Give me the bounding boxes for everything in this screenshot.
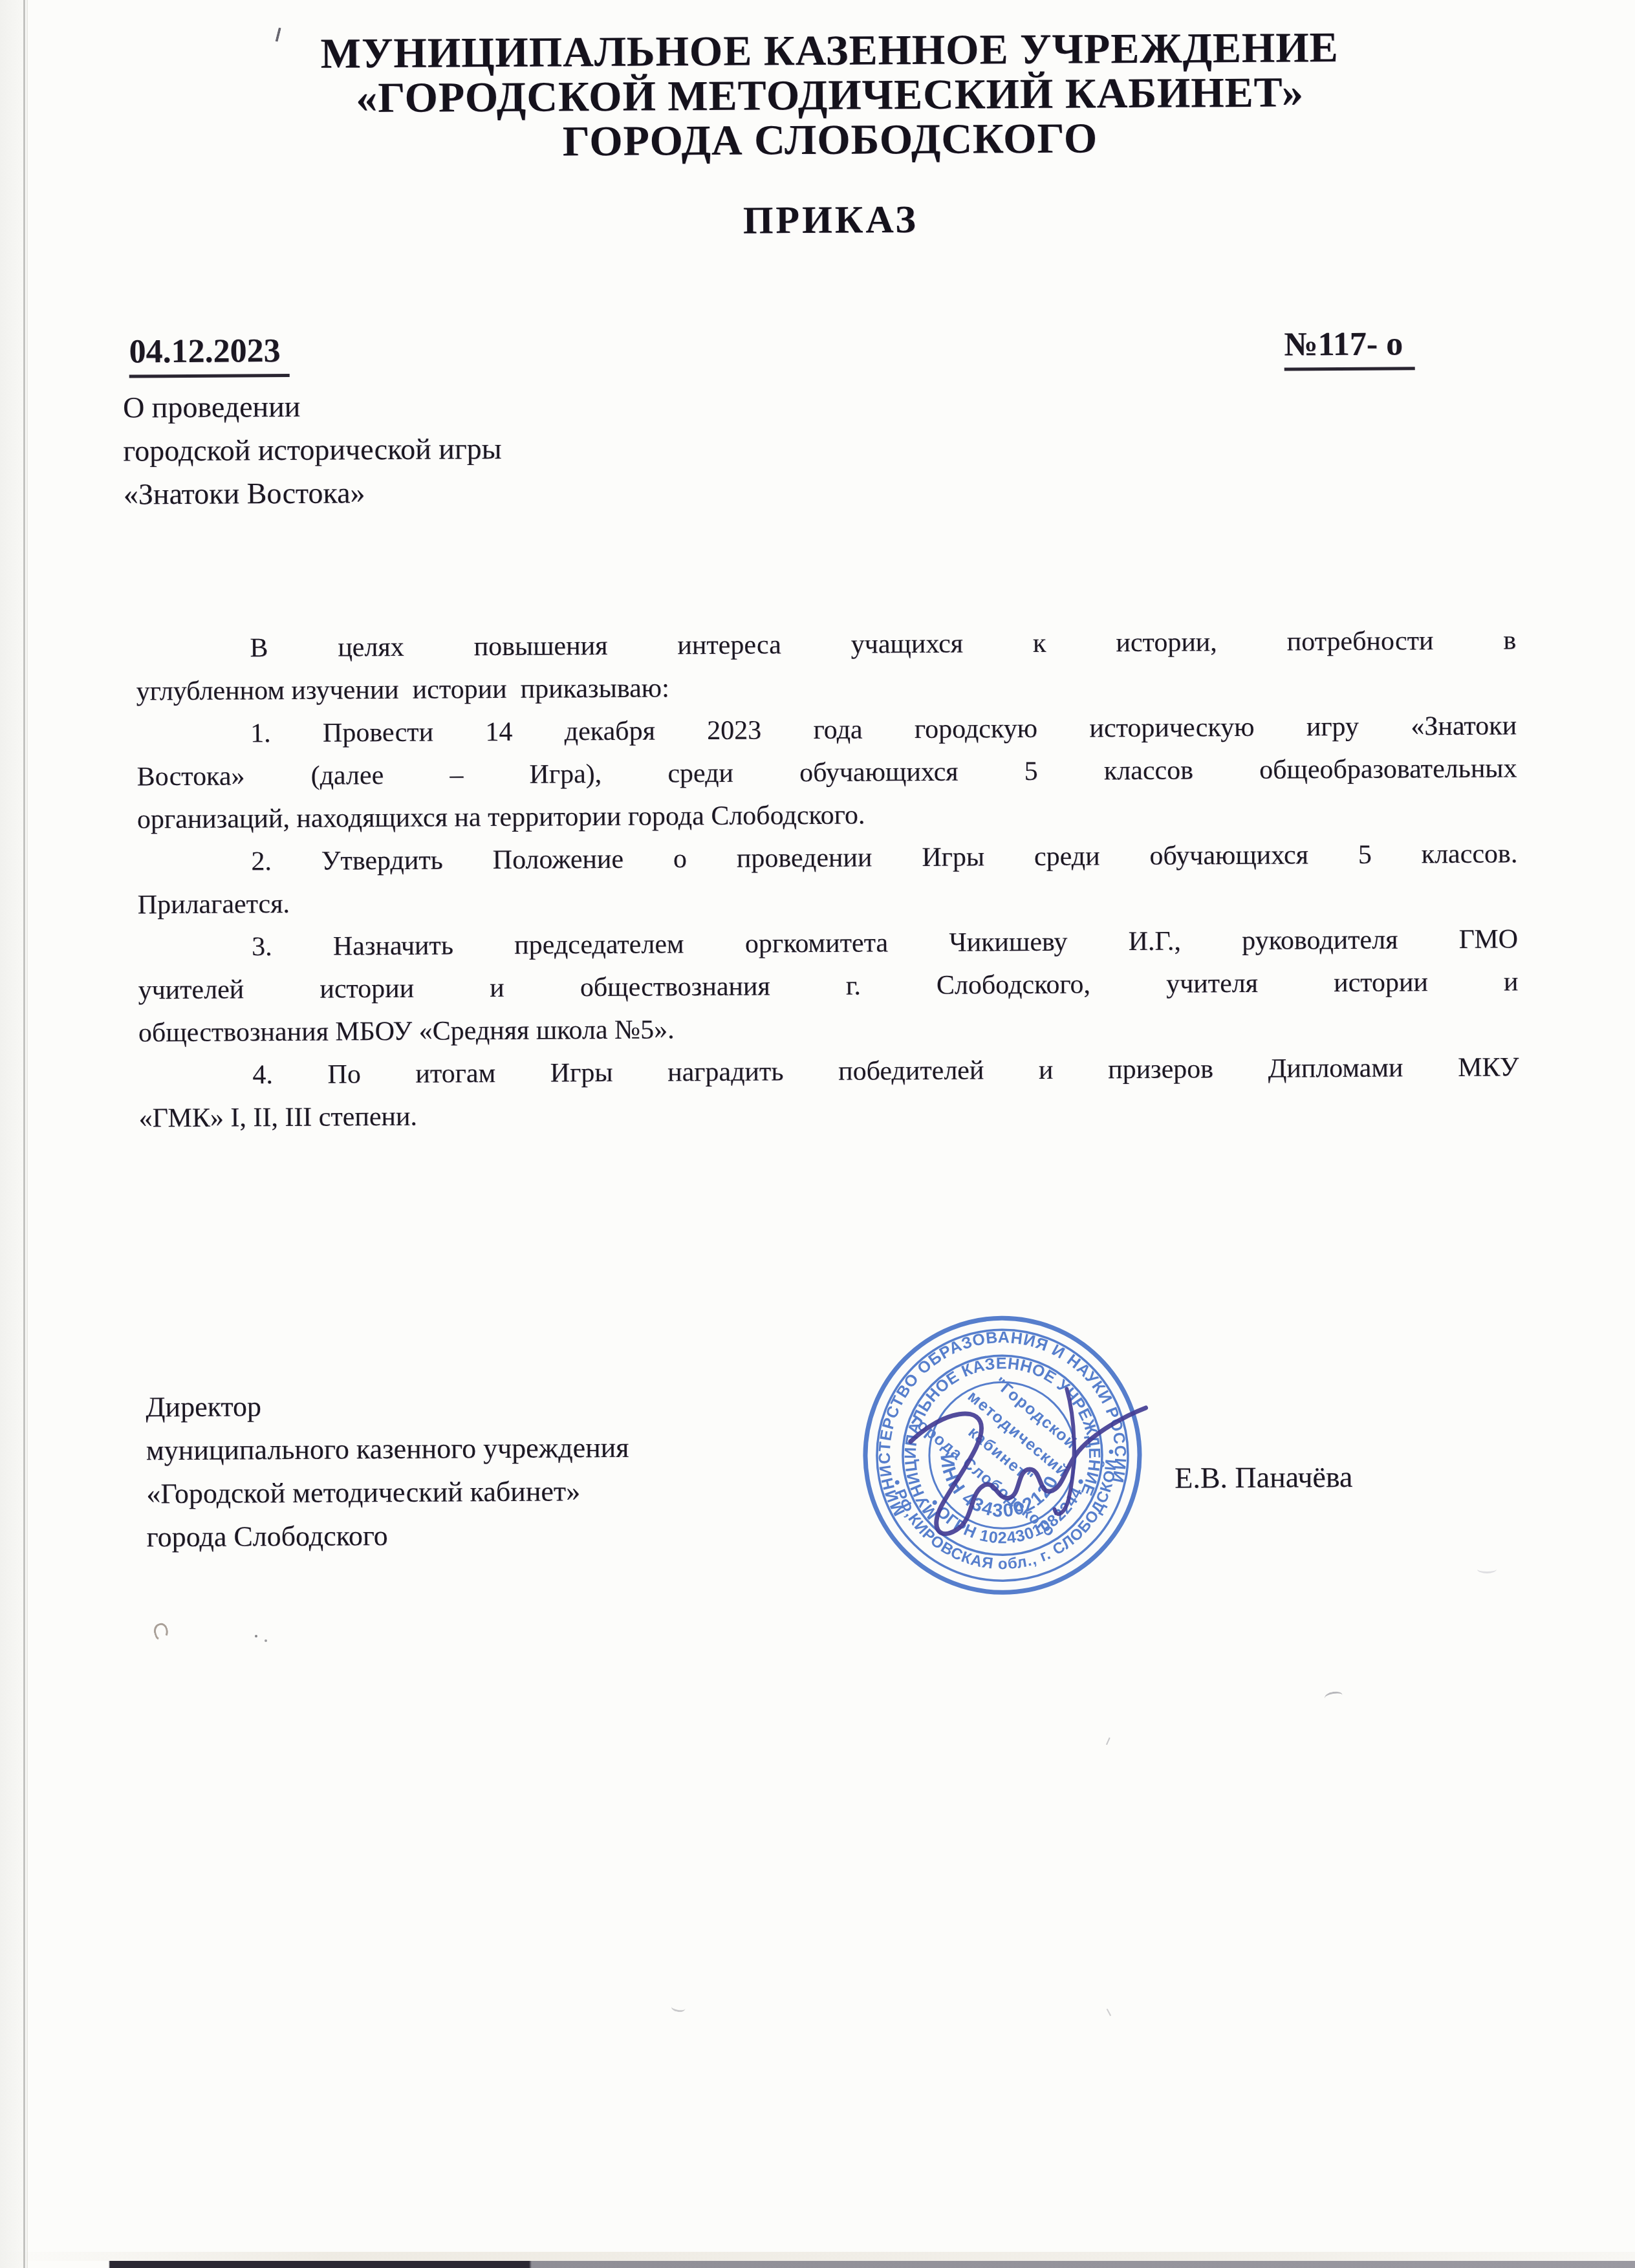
- body-line: «ГМК» I, II, III степени.: [139, 1088, 1519, 1139]
- dust-speck: [1477, 1565, 1497, 1573]
- document-content: МУНИЦИПАЛЬНОЕ КАЗЕННОЕ УЧРЕЖДЕНИЕ «ГОРОД…: [0, 0, 1635, 2268]
- order-number: №117- о: [1284, 325, 1414, 371]
- body-line: учителей истории и обществознания г. Сло…: [138, 960, 1518, 1011]
- signer-position: Директор муниципального казенного учрежд…: [146, 1383, 629, 1559]
- signer-position-line-4: города Слободского: [147, 1513, 630, 1559]
- scan-bottom-edge-bar: [0, 2261, 1635, 2268]
- subject-line-2: городской исторической игры: [123, 427, 502, 473]
- paragraph-item-2: 2. Утвердить Положение о проведении Игры…: [137, 832, 1518, 926]
- signer-position-line-1: Директор: [146, 1383, 629, 1429]
- paragraph-item-4: 4. По итогам Игры наградить победителей …: [138, 1046, 1519, 1139]
- paragraph-item-1: 1. Провести 14 декабря 2023 года городск…: [136, 704, 1517, 841]
- subject-line-3: «Знатоки Востока»: [124, 470, 503, 516]
- scan-left-edge-line-faint: [27, 0, 28, 2268]
- paragraph-item-3: 3. Назначить председателем оргкомитета Ч…: [138, 918, 1519, 1054]
- order-subject: О проведении городской исторической игры…: [123, 383, 502, 516]
- body-line: 2. Утвердить Положение о проведении Игры…: [137, 832, 1517, 883]
- body-line: 4. По итогам Игры наградить победителей …: [138, 1046, 1519, 1097]
- signer-position-line-3: «Городской методический кабинет»: [146, 1469, 629, 1516]
- body-line: В целях повышения интереса учащихся к ис…: [136, 619, 1516, 670]
- letterhead: МУНИЦИПАЛЬНОЕ КАЗЕННОЕ УЧРЕЖДЕНИЕ «ГОРОД…: [30, 23, 1630, 167]
- document-type-title: ПРИКАЗ: [31, 193, 1630, 247]
- official-round-stamp: МИНИСТЕРСТВО ОБРАЗОВАНИЯ И НАУКИ РОССИИ …: [853, 1306, 1153, 1605]
- signer-name: Е.В. Паначёва: [1175, 1460, 1353, 1495]
- paragraph-preamble: В целях повышения интереса учащихся к ис…: [136, 619, 1517, 713]
- scan-bottom-noise-band: [0, 2252, 1635, 2261]
- body-line: Востока» (далее – Игра), среди обучающих…: [136, 747, 1517, 798]
- subject-line-1: О проведении: [123, 383, 502, 429]
- scanned-order-document: МУНИЦИПАЛЬНОЕ КАЗЕННОЕ УЧРЕЖДЕНИЕ «ГОРОД…: [0, 0, 1635, 2268]
- org-name-line-3: ГОРОДА СЛОБОДСКОГО: [30, 113, 1629, 167]
- signer-position-line-2: муниципального казенного учреждения: [146, 1426, 629, 1473]
- scan-left-edge-line: [23, 0, 25, 2268]
- dust-speck: [255, 1635, 257, 1637]
- order-body: В целях повышения интереса учащихся к ис…: [136, 619, 1519, 1139]
- order-date: 04.12.2023: [129, 332, 289, 378]
- scan-left-margin-shadow: [0, 0, 23, 2268]
